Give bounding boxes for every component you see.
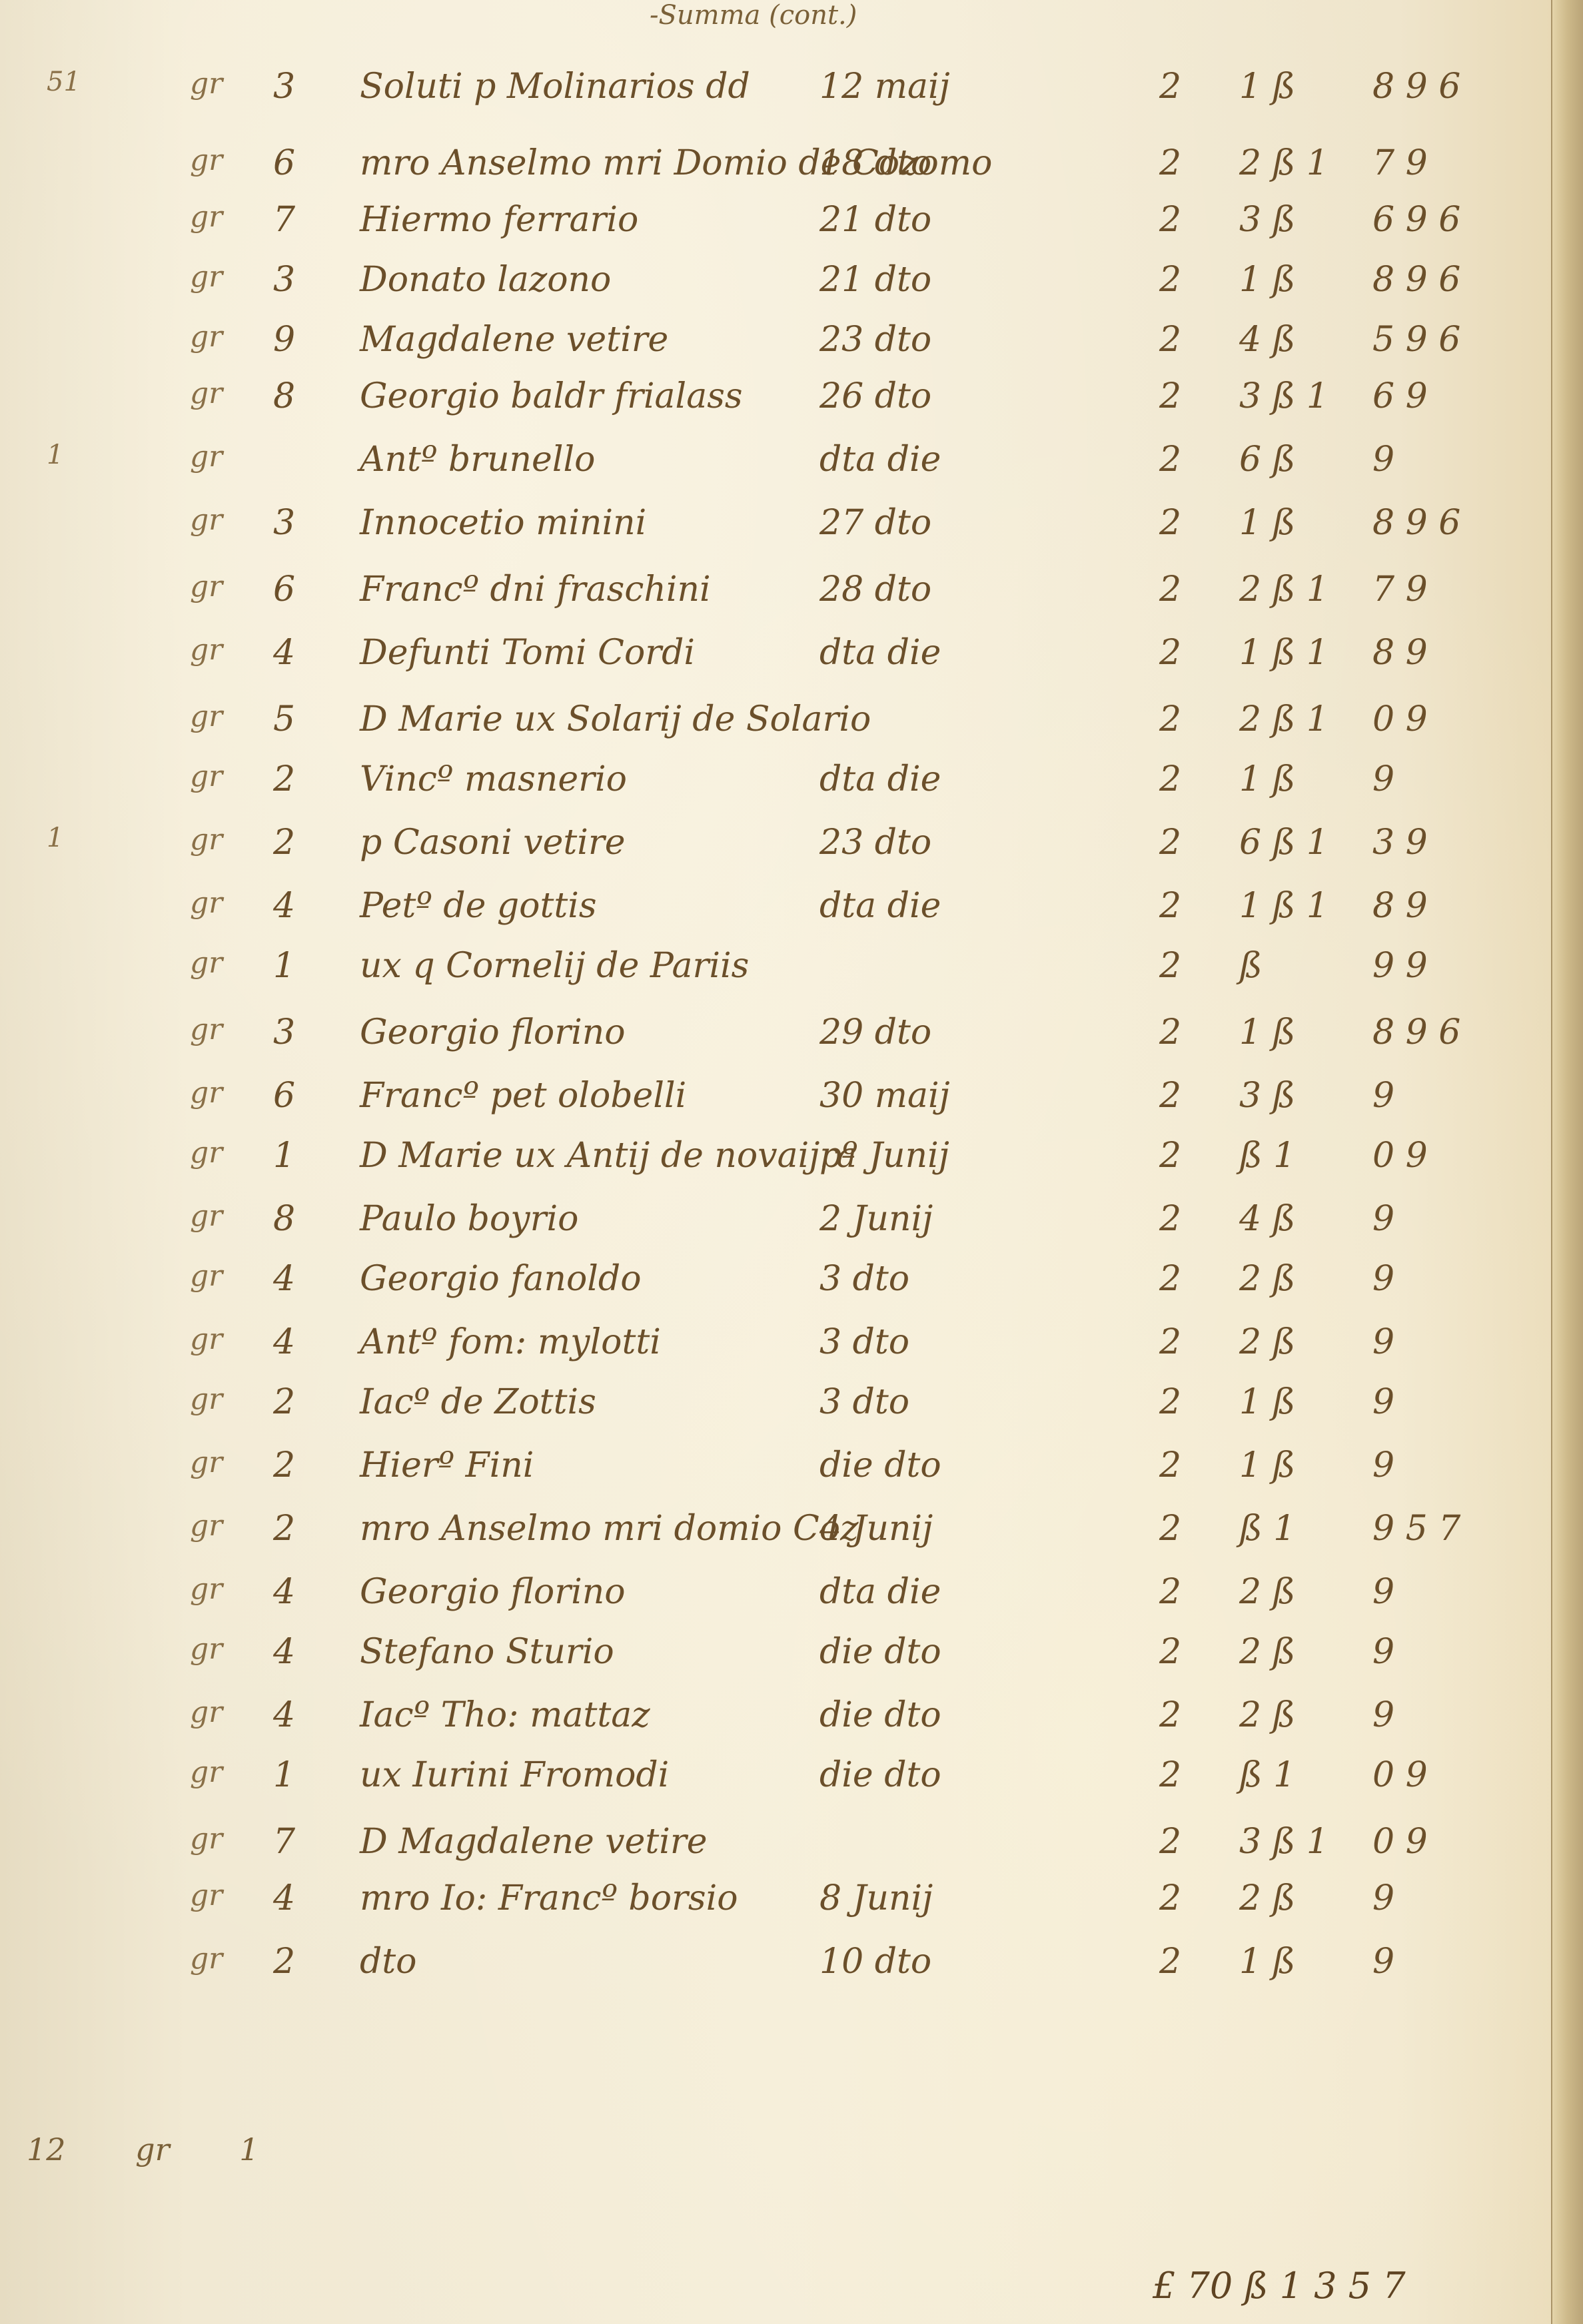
entry-soldi: 2: [1159, 633, 1181, 673]
entry-name: Francº dni fraschini: [360, 570, 711, 609]
footer-gr: gr: [135, 2131, 169, 2167]
ledger-row: gr3Georgio florino29 dto21 ß8 9 6: [0, 1012, 1552, 1072]
entry-amount: 9 5 7: [1372, 1509, 1460, 1549]
entry-soldi: 2: [1159, 67, 1181, 107]
entry-lire: 1 ß: [1239, 503, 1295, 543]
entry-lire: 1 ß: [1239, 1942, 1295, 1982]
entry-lire: 2 ß: [1239, 1632, 1295, 1672]
entry-date: dta die: [819, 886, 941, 926]
entry-amount: 0 9: [1372, 1755, 1428, 1795]
entry-lire: 2 ß 1: [1239, 143, 1328, 183]
gr-mark: gr: [190, 886, 223, 920]
entry-soldi: 2: [1159, 376, 1181, 416]
entry-date: 3 dto: [819, 1259, 909, 1299]
entry-lire: 3 ß: [1239, 200, 1295, 240]
entry-soldi: 2: [1159, 823, 1181, 863]
entry-soldi: 2: [1159, 143, 1181, 183]
page-header: ‑Summa (cont.): [650, 0, 857, 31]
ledger-row: gr6Francº pet olobelli30 maij23 ß9: [0, 1076, 1552, 1136]
gr-mark: gr: [190, 1445, 223, 1479]
ledger-row: gr9Magdalene vetire23 dto24 ß5 9 6: [0, 320, 1552, 380]
footer-tally: 12 gr 1: [27, 2131, 319, 2167]
entry-lire: 2 ß: [1239, 1695, 1295, 1735]
entry-lire: 4 ß: [1239, 1199, 1295, 1239]
left-margin-number: 1: [47, 440, 63, 470]
gr-mark: gr: [190, 143, 223, 177]
entry-date: die dto: [819, 1632, 941, 1672]
ledger-row: gr4mro Io: Francº borsio8 Junij22 ß9: [0, 1878, 1552, 1938]
entry-amount: 9: [1372, 1322, 1394, 1362]
entry-name: p Casoni vetire: [360, 823, 626, 863]
entry-lire: 2 ß 1: [1239, 699, 1328, 739]
entry-amount: 0 9: [1372, 699, 1428, 739]
gr-mark: gr: [190, 1878, 223, 1912]
entry-count: 8: [273, 376, 295, 416]
entry-count: 4: [273, 1632, 295, 1672]
gr-mark: gr: [190, 1509, 223, 1543]
entry-soldi: 2: [1159, 440, 1181, 480]
entry-name: dto: [360, 1942, 417, 1982]
gr-mark: gr: [190, 1259, 223, 1293]
page-edge: [1551, 0, 1583, 2324]
ledger-row: 1gr2p Casoni vetire23 dto26 ß 13 9: [0, 823, 1552, 883]
entry-amount: 9: [1372, 1445, 1394, 1485]
entry-soldi: 2: [1159, 503, 1181, 543]
entry-count: 2: [273, 1942, 295, 1982]
entry-name: Defunti Tomi Cordi: [360, 633, 695, 673]
entry-count: 3: [273, 503, 295, 543]
entry-lire: 3 ß 1: [1239, 376, 1328, 416]
ledger-row: gr1D Marie ux Antij de novaijrapº Junij2…: [0, 1136, 1552, 1196]
entry-amount: 8 9 6: [1372, 503, 1460, 543]
entry-date: 21 dto: [819, 200, 931, 240]
gr-mark: gr: [190, 759, 223, 793]
entry-soldi: 2: [1159, 1445, 1181, 1485]
ledger-row: gr2Hierº Finidie dto21 ß9: [0, 1445, 1552, 1505]
entry-lire: 6 ß: [1239, 440, 1295, 480]
ledger-row: gr6Francº dni fraschini28 dto22 ß 17 9: [0, 570, 1552, 629]
entry-date: dta die: [819, 1572, 941, 1612]
ledger-row: gr1ux Iurini Fromodidie dto2ß 10 9: [0, 1755, 1552, 1815]
entry-soldi: 2: [1159, 320, 1181, 360]
entry-lire: 1 ß: [1239, 1382, 1295, 1422]
entry-name: Stefano Sturio: [360, 1632, 614, 1672]
entry-date: dta die: [819, 759, 941, 799]
entry-name: Paulo boyrio: [360, 1199, 578, 1239]
entry-count: 4: [273, 1695, 295, 1735]
left-margin-number: 1: [47, 823, 63, 853]
entry-soldi: 2: [1159, 260, 1181, 300]
entry-count: 3: [273, 260, 295, 300]
entry-date: 3 dto: [819, 1322, 909, 1362]
ledger-row: gr7Hiermo ferrario21 dto23 ß6 9 6: [0, 200, 1552, 260]
entry-amount: 6 9 6: [1372, 200, 1460, 240]
entry-date: pº Junij: [819, 1136, 949, 1176]
footer-left-count: 12: [27, 2131, 66, 2167]
entry-amount: 9: [1372, 440, 1394, 480]
entry-name: D Magdalene vetire: [360, 1822, 708, 1862]
entry-lire: 3 ß 1: [1239, 1822, 1328, 1862]
ledger-row: gr4Antº fom: mylotti3 dto22 ß9: [0, 1322, 1552, 1382]
entry-soldi: 2: [1159, 1509, 1181, 1549]
entry-name: Iacº de Zottis: [360, 1382, 596, 1422]
entry-date: 29 dto: [819, 1012, 931, 1052]
entry-lire: 1 ß: [1239, 1012, 1295, 1052]
entry-name: Georgio fanoldo: [360, 1259, 642, 1299]
entry-soldi: 2: [1159, 570, 1181, 609]
entry-date: 26 dto: [819, 376, 931, 416]
entry-count: 8: [273, 1199, 295, 1239]
entry-soldi: 2: [1159, 1199, 1181, 1239]
ledger-row: gr8Paulo boyrio2 Junij24 ß9: [0, 1199, 1552, 1259]
entry-name: Antº brunello: [360, 440, 595, 480]
entry-name: Hiermo ferrario: [360, 200, 638, 240]
entry-amount: 8 9 6: [1372, 260, 1460, 300]
entry-count: 3: [273, 67, 295, 107]
gr-mark: gr: [190, 200, 223, 234]
entry-count: 6: [273, 1076, 295, 1116]
gr-mark: gr: [190, 1076, 223, 1110]
entry-date: 10 dto: [819, 1942, 931, 1982]
gr-mark: gr: [190, 633, 223, 667]
entry-amount: 8 9 6: [1372, 1012, 1460, 1052]
entry-date: 12 maij: [819, 67, 950, 107]
entry-count: 5: [273, 699, 295, 739]
entry-count: 2: [273, 1445, 295, 1485]
entry-soldi: 2: [1159, 1695, 1181, 1735]
gr-mark: gr: [190, 1942, 223, 1976]
entry-name: ux Iurini Fromodi: [360, 1755, 669, 1795]
entry-amount: 7 9: [1372, 143, 1428, 183]
entry-count: 2: [273, 823, 295, 863]
gr-mark: gr: [190, 376, 223, 410]
ledger-row: gr4Stefano Sturiodie dto22 ß9: [0, 1632, 1552, 1692]
ledger-row: gr5D Marie ux Solarij de Solario22 ß 10 …: [0, 699, 1552, 759]
entry-soldi: 2: [1159, 1259, 1181, 1299]
entry-lire: 2 ß: [1239, 1572, 1295, 1612]
entry-amount: 9: [1372, 1076, 1394, 1116]
entry-count: 4: [273, 1878, 295, 1918]
entry-count: 6: [273, 143, 295, 183]
entry-amount: 9: [1372, 1695, 1394, 1735]
entry-count: 9: [273, 320, 295, 360]
entry-count: 7: [273, 200, 295, 240]
entry-count: 4: [273, 633, 295, 673]
ledger-row: gr2Vincº masneriodta die21 ß9: [0, 759, 1552, 819]
entry-count: 4: [273, 1572, 295, 1612]
entry-date: 27 dto: [819, 503, 931, 543]
gr-mark: gr: [190, 1136, 223, 1170]
entry-lire: 1 ß: [1239, 759, 1295, 799]
gr-mark: gr: [190, 1572, 223, 1606]
entry-count: 6: [273, 570, 295, 609]
gr-mark: gr: [190, 823, 223, 857]
entry-lire: 2 ß: [1239, 1259, 1295, 1299]
entry-count: 4: [273, 886, 295, 926]
entry-lire: 4 ß: [1239, 320, 1295, 360]
entry-date: 3 dto: [819, 1382, 909, 1422]
gr-mark: gr: [190, 1695, 223, 1729]
gr-mark: gr: [190, 67, 223, 101]
entry-amount: 0 9: [1372, 1136, 1428, 1176]
ledger-row: gr4Iacº Tho: mattazdie dto22 ß9: [0, 1695, 1552, 1755]
entry-soldi: 2: [1159, 1012, 1181, 1052]
entry-date: die dto: [819, 1695, 941, 1735]
entry-amount: 3 9: [1372, 823, 1428, 863]
gr-mark: gr: [190, 1322, 223, 1356]
left-margin-number: 51: [47, 67, 81, 97]
entry-name: Georgio florino: [360, 1012, 626, 1052]
entry-soldi: 2: [1159, 1822, 1181, 1862]
entry-amount: 9: [1372, 759, 1394, 799]
entry-name: mro Io: Francº borsio: [360, 1878, 738, 1918]
entry-amount: 8 9: [1372, 886, 1428, 926]
entry-count: 4: [273, 1259, 295, 1299]
entry-date: 2 Junij: [819, 1199, 933, 1239]
entry-lire: 1 ß: [1239, 67, 1295, 107]
entry-name: mro Anselmo mri domio Coz: [360, 1509, 858, 1549]
entry-name: ux q Cornelij de Pariis: [360, 946, 749, 986]
gr-mark: gr: [190, 503, 223, 537]
entry-date: 4 Junij: [819, 1509, 933, 1549]
gr-mark: gr: [190, 946, 223, 980]
entry-date: 18 dto: [819, 143, 931, 183]
entry-name: Antº fom: mylotti: [360, 1322, 661, 1362]
gr-mark: gr: [190, 320, 223, 354]
entry-amount: 9: [1372, 1259, 1394, 1299]
ledger-row: gr4Georgio fanoldo3 dto22 ß9: [0, 1259, 1552, 1319]
entry-soldi: 2: [1159, 1572, 1181, 1612]
entry-date: 23 dto: [819, 823, 931, 863]
entry-count: 2: [273, 1509, 295, 1549]
entry-date: 30 maij: [819, 1076, 950, 1116]
entry-lire: 1 ß: [1239, 1445, 1295, 1485]
entry-soldi: 2: [1159, 699, 1181, 739]
ledger-row: gr2Iacº de Zottis3 dto21 ß9: [0, 1382, 1552, 1442]
entry-count: 4: [273, 1322, 295, 1362]
entry-amount: 9: [1372, 1942, 1394, 1982]
entry-amount: 9: [1372, 1572, 1394, 1612]
entry-lire: 2 ß 1: [1239, 570, 1328, 609]
entry-count: 1: [273, 946, 295, 986]
entry-soldi: 2: [1159, 946, 1181, 986]
entry-soldi: 2: [1159, 1878, 1181, 1918]
entry-name: Soluti p Molinarios dd: [360, 67, 750, 107]
entry-soldi: 2: [1159, 1076, 1181, 1116]
entry-soldi: 2: [1159, 1755, 1181, 1795]
entry-lire: ß 1: [1239, 1509, 1295, 1549]
entry-lire: 3 ß: [1239, 1076, 1295, 1116]
ledger-row: gr6mro Anselmo mri Domio de Cozomo18 dto…: [0, 143, 1552, 203]
entry-soldi: 2: [1159, 1322, 1181, 1362]
gr-mark: gr: [190, 260, 223, 294]
entry-date: die dto: [819, 1445, 941, 1485]
entry-soldi: 2: [1159, 886, 1181, 926]
gr-mark: gr: [190, 1755, 223, 1789]
entry-soldi: 2: [1159, 200, 1181, 240]
gr-mark: gr: [190, 1822, 223, 1856]
ledger-row: gr3Donato lazono21 dto21 ß8 9 6: [0, 260, 1552, 320]
gr-mark: gr: [190, 699, 223, 733]
entry-soldi: 2: [1159, 1632, 1181, 1672]
entry-lire: 1 ß: [1239, 260, 1295, 300]
entry-name: Hierº Fini: [360, 1445, 534, 1485]
ledger-row: gr2dto10 dto21 ß9: [0, 1942, 1552, 2002]
entry-date: 8 Junij: [819, 1878, 933, 1918]
entry-soldi: 2: [1159, 1136, 1181, 1176]
gr-mark: gr: [190, 440, 223, 474]
entry-amount: 8 9: [1372, 633, 1428, 673]
gr-mark: gr: [190, 1012, 223, 1046]
footer-num: 1: [239, 2131, 259, 2167]
ledger-row: gr8Georgio baldr frialass26 dto23 ß 16 9: [0, 376, 1552, 436]
entry-name: Francº pet olobelli: [360, 1076, 686, 1116]
gr-mark: gr: [190, 1632, 223, 1666]
entry-name: D Marie ux Solarij de Solario: [360, 699, 871, 739]
entry-name: Magdalene vetire: [360, 320, 668, 360]
entry-name: Petº de gottis: [360, 886, 597, 926]
page-total: £ 70 ß 1 3 5 7: [1153, 2265, 1406, 2307]
entry-date: dta die: [819, 633, 941, 673]
entry-name: Georgio florino: [360, 1572, 626, 1612]
entry-name: Donato lazono: [360, 260, 611, 300]
entry-lire: 2 ß: [1239, 1322, 1295, 1362]
entry-date: dta die: [819, 440, 941, 480]
entry-amount: 9: [1372, 1878, 1394, 1918]
entry-date: 23 dto: [819, 320, 931, 360]
entry-amount: 0 9: [1372, 1822, 1428, 1862]
entry-amount: 9: [1372, 1632, 1394, 1672]
entry-date: die dto: [819, 1755, 941, 1795]
entry-amount: 5 9 6: [1372, 320, 1460, 360]
entry-amount: 8 9 6: [1372, 67, 1460, 107]
ledger-row: gr4Petº de gottisdta die21 ß 18 9: [0, 886, 1552, 946]
entry-date: 28 dto: [819, 570, 931, 609]
entry-count: 7: [273, 1822, 295, 1862]
entry-count: 2: [273, 1382, 295, 1422]
entry-amount: 9: [1372, 1382, 1394, 1422]
entry-soldi: 2: [1159, 759, 1181, 799]
ledger-row: gr3Innocetio minini27 dto21 ß8 9 6: [0, 503, 1552, 563]
entry-name: Innocetio minini: [360, 503, 646, 543]
entry-lire: 2 ß: [1239, 1878, 1295, 1918]
gr-mark: gr: [190, 1199, 223, 1233]
ledger-row: 51gr3Soluti p Molinarios dd12 maij21 ß8 …: [0, 67, 1552, 127]
ledger-row: gr1ux q Cornelij de Pariis2ß9 9: [0, 946, 1552, 1006]
entry-lire: ß 1: [1239, 1755, 1295, 1795]
entry-lire: 1 ß 1: [1239, 886, 1328, 926]
entry-count: 3: [273, 1012, 295, 1052]
entry-count: 1: [273, 1755, 295, 1795]
entry-amount: 7 9: [1372, 570, 1428, 609]
ledger-row: gr4Georgio florinodta die22 ß9: [0, 1572, 1552, 1632]
entry-lire: 6 ß 1: [1239, 823, 1328, 863]
ledger-row: gr7D Magdalene vetire23 ß 10 9: [0, 1822, 1552, 1882]
entry-name: Vincº masnerio: [360, 759, 627, 799]
entry-amount: 9: [1372, 1199, 1394, 1239]
gr-mark: gr: [190, 1382, 223, 1416]
entry-name: Iacº Tho: mattaz: [360, 1695, 650, 1735]
ledger-row: gr4Defunti Tomi Cordidta die21 ß 18 9: [0, 633, 1552, 693]
entry-lire: ß: [1239, 946, 1263, 986]
entry-soldi: 2: [1159, 1382, 1181, 1422]
entry-lire: 1 ß 1: [1239, 633, 1328, 673]
entry-name: Georgio baldr frialass: [360, 376, 743, 416]
ledger-row: gr2mro Anselmo mri domio Coz4 Junij2ß 19…: [0, 1509, 1552, 1569]
entry-amount: 6 9: [1372, 376, 1428, 416]
entry-lire: ß 1: [1239, 1136, 1295, 1176]
entry-amount: 9 9: [1372, 946, 1428, 986]
entry-soldi: 2: [1159, 1942, 1181, 1982]
ledger-row: 1grAntº brunellodta die26 ß9: [0, 440, 1552, 500]
entry-name: D Marie ux Antij de novaijra: [360, 1136, 857, 1176]
entry-count: 2: [273, 759, 295, 799]
entry-count: 1: [273, 1136, 295, 1176]
entry-date: 21 dto: [819, 260, 931, 300]
gr-mark: gr: [190, 570, 223, 603]
